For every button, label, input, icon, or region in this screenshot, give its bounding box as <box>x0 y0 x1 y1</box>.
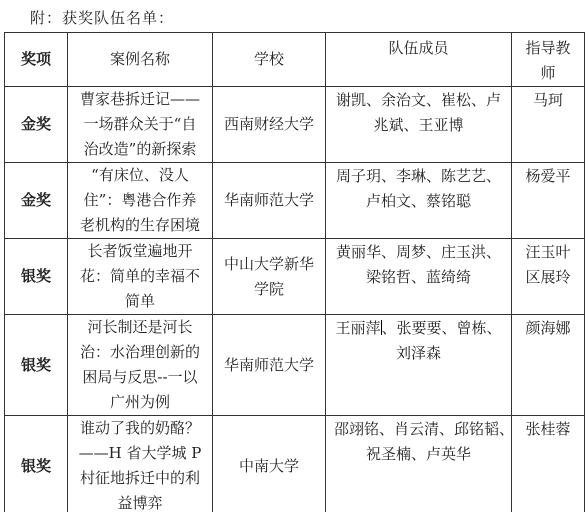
award-level: 金奖 <box>5 87 68 163</box>
case-name-line: 谁动了我的奶酪？ <box>74 416 206 441</box>
header-advisor-line1: 指导教 <box>512 36 584 61</box>
case-name-line: 村征地拆迁中的利 <box>74 466 206 491</box>
team-members: 谢凯、余治文、崔松、卢 兆斌、王亚博 <box>326 87 512 163</box>
advisor: 张桂蓉 <box>512 416 585 512</box>
members-line: 卢柏文、蔡铭聪 <box>334 189 503 214</box>
school-line: 中南大学 <box>217 454 321 479</box>
header-advisor: 指导教 师 <box>512 33 585 87</box>
case-name-line: ——H 省大学城 P <box>74 441 206 466</box>
advisor-line: 杨爱平 <box>516 164 580 189</box>
school: 华南师范大学 <box>213 315 326 416</box>
advisor-line: 颜海娜 <box>516 316 580 341</box>
case-name-line: “有床位、没人 <box>74 163 206 188</box>
advisor: 汪玉叶 区展玲 <box>512 239 585 315</box>
table-row: 银奖 长者饭堂遍地开 花：简单的幸福不 简单 中山大学新华 学院 黄丽华、周梦、… <box>5 239 585 315</box>
table-header-row: 奖项 案例名称 学校 队伍成员 指导教 师 <box>5 33 585 87</box>
members-line: 周子玥、李琳、陈艺艺、 <box>334 164 503 189</box>
case-name-line: 治：水治理创新的 <box>74 340 206 365</box>
case-name: 谁动了我的奶酪？ ——H 省大学城 P 村征地拆迁中的利 益博弈 <box>68 416 213 512</box>
advisor: 杨爱平 <box>512 163 585 239</box>
members-line: 邵翊铭、肖云清、邱铭韬、 <box>334 417 503 442</box>
school: 中南大学 <box>213 416 326 512</box>
school: 华南师范大学 <box>213 163 326 239</box>
school-line: 华南师范大学 <box>217 188 321 213</box>
members-line: 兆斌、王亚博 <box>334 113 503 138</box>
advisor-line: 汪玉叶 <box>516 240 580 265</box>
award-level: 银奖 <box>5 239 68 315</box>
header-team-members: 队伍成员 <box>326 33 512 87</box>
case-name-line: 广州为例 <box>74 390 206 415</box>
header-advisor-line2: 师 <box>512 61 584 86</box>
case-name-line: 长者饭堂遍地开 <box>74 239 206 264</box>
team-members: 黄丽华、周梦、庄玉洪、 梁铭哲、蓝绮绮 <box>326 239 512 315</box>
case-name-line: 简单 <box>74 289 206 314</box>
award-teams-table: 奖项 案例名称 学校 队伍成员 指导教 师 金奖 曹家巷拆迁记—— 一场群众关于… <box>4 32 585 512</box>
case-name-line: 住”：粤港合作养 <box>74 188 206 213</box>
case-name-line: 老机构的生存困境 <box>74 213 206 238</box>
table-row: 金奖 曹家巷拆迁记—— 一场群众关于“自 治改造”的新探索 西南财经大学 谢凯、… <box>5 87 585 163</box>
table-row: 银奖 河长制还是河长 治：水治理创新的 困局与反思--一以 广州为例 华南师范大… <box>5 315 585 416</box>
case-name-line: 曹家巷拆迁记—— <box>74 87 206 112</box>
award-level: 银奖 <box>5 315 68 416</box>
members-line: 王丽萍、张要要、曾栋、 <box>334 316 503 341</box>
advisor: 马珂 <box>512 87 585 163</box>
case-name-line: 益博弈 <box>74 491 206 512</box>
header-school: 学校 <box>213 33 326 87</box>
members-line: 黄丽华、周梦、庄玉洪、 <box>334 240 503 265</box>
team-members: 周子玥、李琳、陈艺艺、 卢柏文、蔡铭聪 <box>326 163 512 239</box>
advisor-line: 马珂 <box>516 88 580 113</box>
team-members: 王丽萍、张要要、曾栋、 刘泽森 <box>326 315 512 416</box>
advisor-line: 区展玲 <box>516 265 580 290</box>
case-name-line: 一场群众关于“自 <box>74 112 206 137</box>
school: 中山大学新华 学院 <box>213 239 326 315</box>
advisor: 颜海娜 <box>512 315 585 416</box>
members-line: 祝圣楠、卢英华 <box>334 442 503 467</box>
members-line: 梁铭哲、蓝绮绮 <box>334 265 503 290</box>
table-row: 银奖 谁动了我的奶酪？ ——H 省大学城 P 村征地拆迁中的利 益博弈 中南大学… <box>5 416 585 512</box>
header-award: 奖项 <box>5 33 68 87</box>
header-case-name: 案例名称 <box>68 33 213 87</box>
advisor-line: 张桂蓉 <box>516 417 580 442</box>
members-line: 刘泽森 <box>334 341 503 366</box>
list-caption: 附：获奖队伍名单： <box>30 7 174 28</box>
table-row: 金奖 “有床位、没人 住”：粤港合作养 老机构的生存困境 华南师范大学 周子玥、… <box>5 163 585 239</box>
member-name: 王丽萍 <box>335 319 380 337</box>
case-name: 长者饭堂遍地开 花：简单的幸福不 简单 <box>68 239 213 315</box>
school: 西南财经大学 <box>213 87 326 163</box>
case-name: 曹家巷拆迁记—— 一场群众关于“自 治改造”的新探索 <box>68 87 213 163</box>
school-line: 西南财经大学 <box>217 112 321 137</box>
school-line: 中山大学新华 <box>217 252 321 277</box>
award-level: 银奖 <box>5 416 68 512</box>
award-level: 金奖 <box>5 163 68 239</box>
case-name-line: 治改造”的新探索 <box>74 137 206 162</box>
school-line: 华南师范大学 <box>217 353 321 378</box>
school-line: 学院 <box>217 277 321 302</box>
members-line: 谢凯、余治文、崔松、卢 <box>334 88 503 113</box>
case-name-line: 河长制还是河长 <box>74 315 206 340</box>
team-members: 邵翊铭、肖云清、邱铭韬、 祝圣楠、卢英华 <box>326 416 512 512</box>
case-name: “有床位、没人 住”：粤港合作养 老机构的生存困境 <box>68 163 213 239</box>
case-name-line: 困局与反思--一以 <box>74 365 206 390</box>
case-name-line: 花：简单的幸福不 <box>74 264 206 289</box>
member-names: 、张要要、曾栋、 <box>382 319 502 337</box>
case-name: 河长制还是河长 治：水治理创新的 困局与反思--一以 广州为例 <box>68 315 213 416</box>
